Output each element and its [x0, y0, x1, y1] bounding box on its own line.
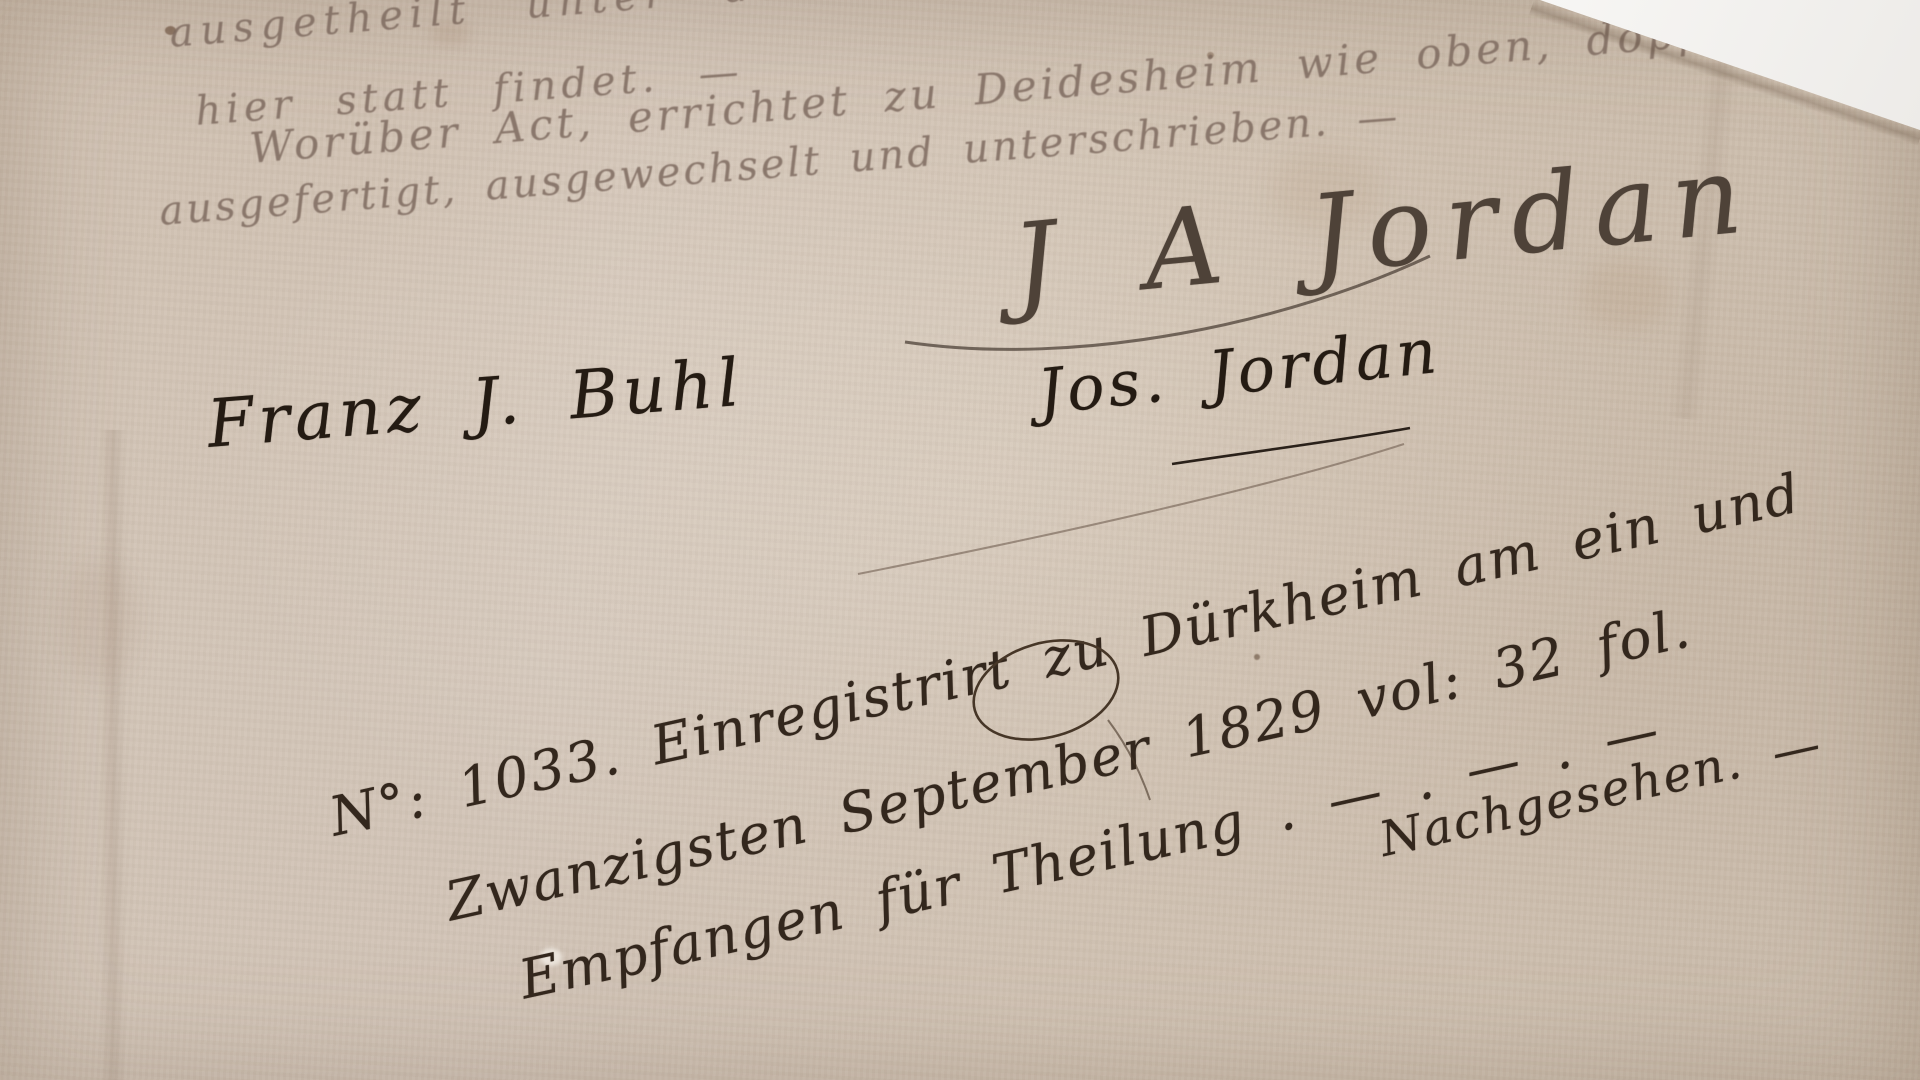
document-paper: ausgetheilt unter den Partheien w hier s…: [0, 0, 1920, 1080]
fox-stain: [60, 560, 140, 680]
paper-crease-left: [100, 430, 126, 1080]
